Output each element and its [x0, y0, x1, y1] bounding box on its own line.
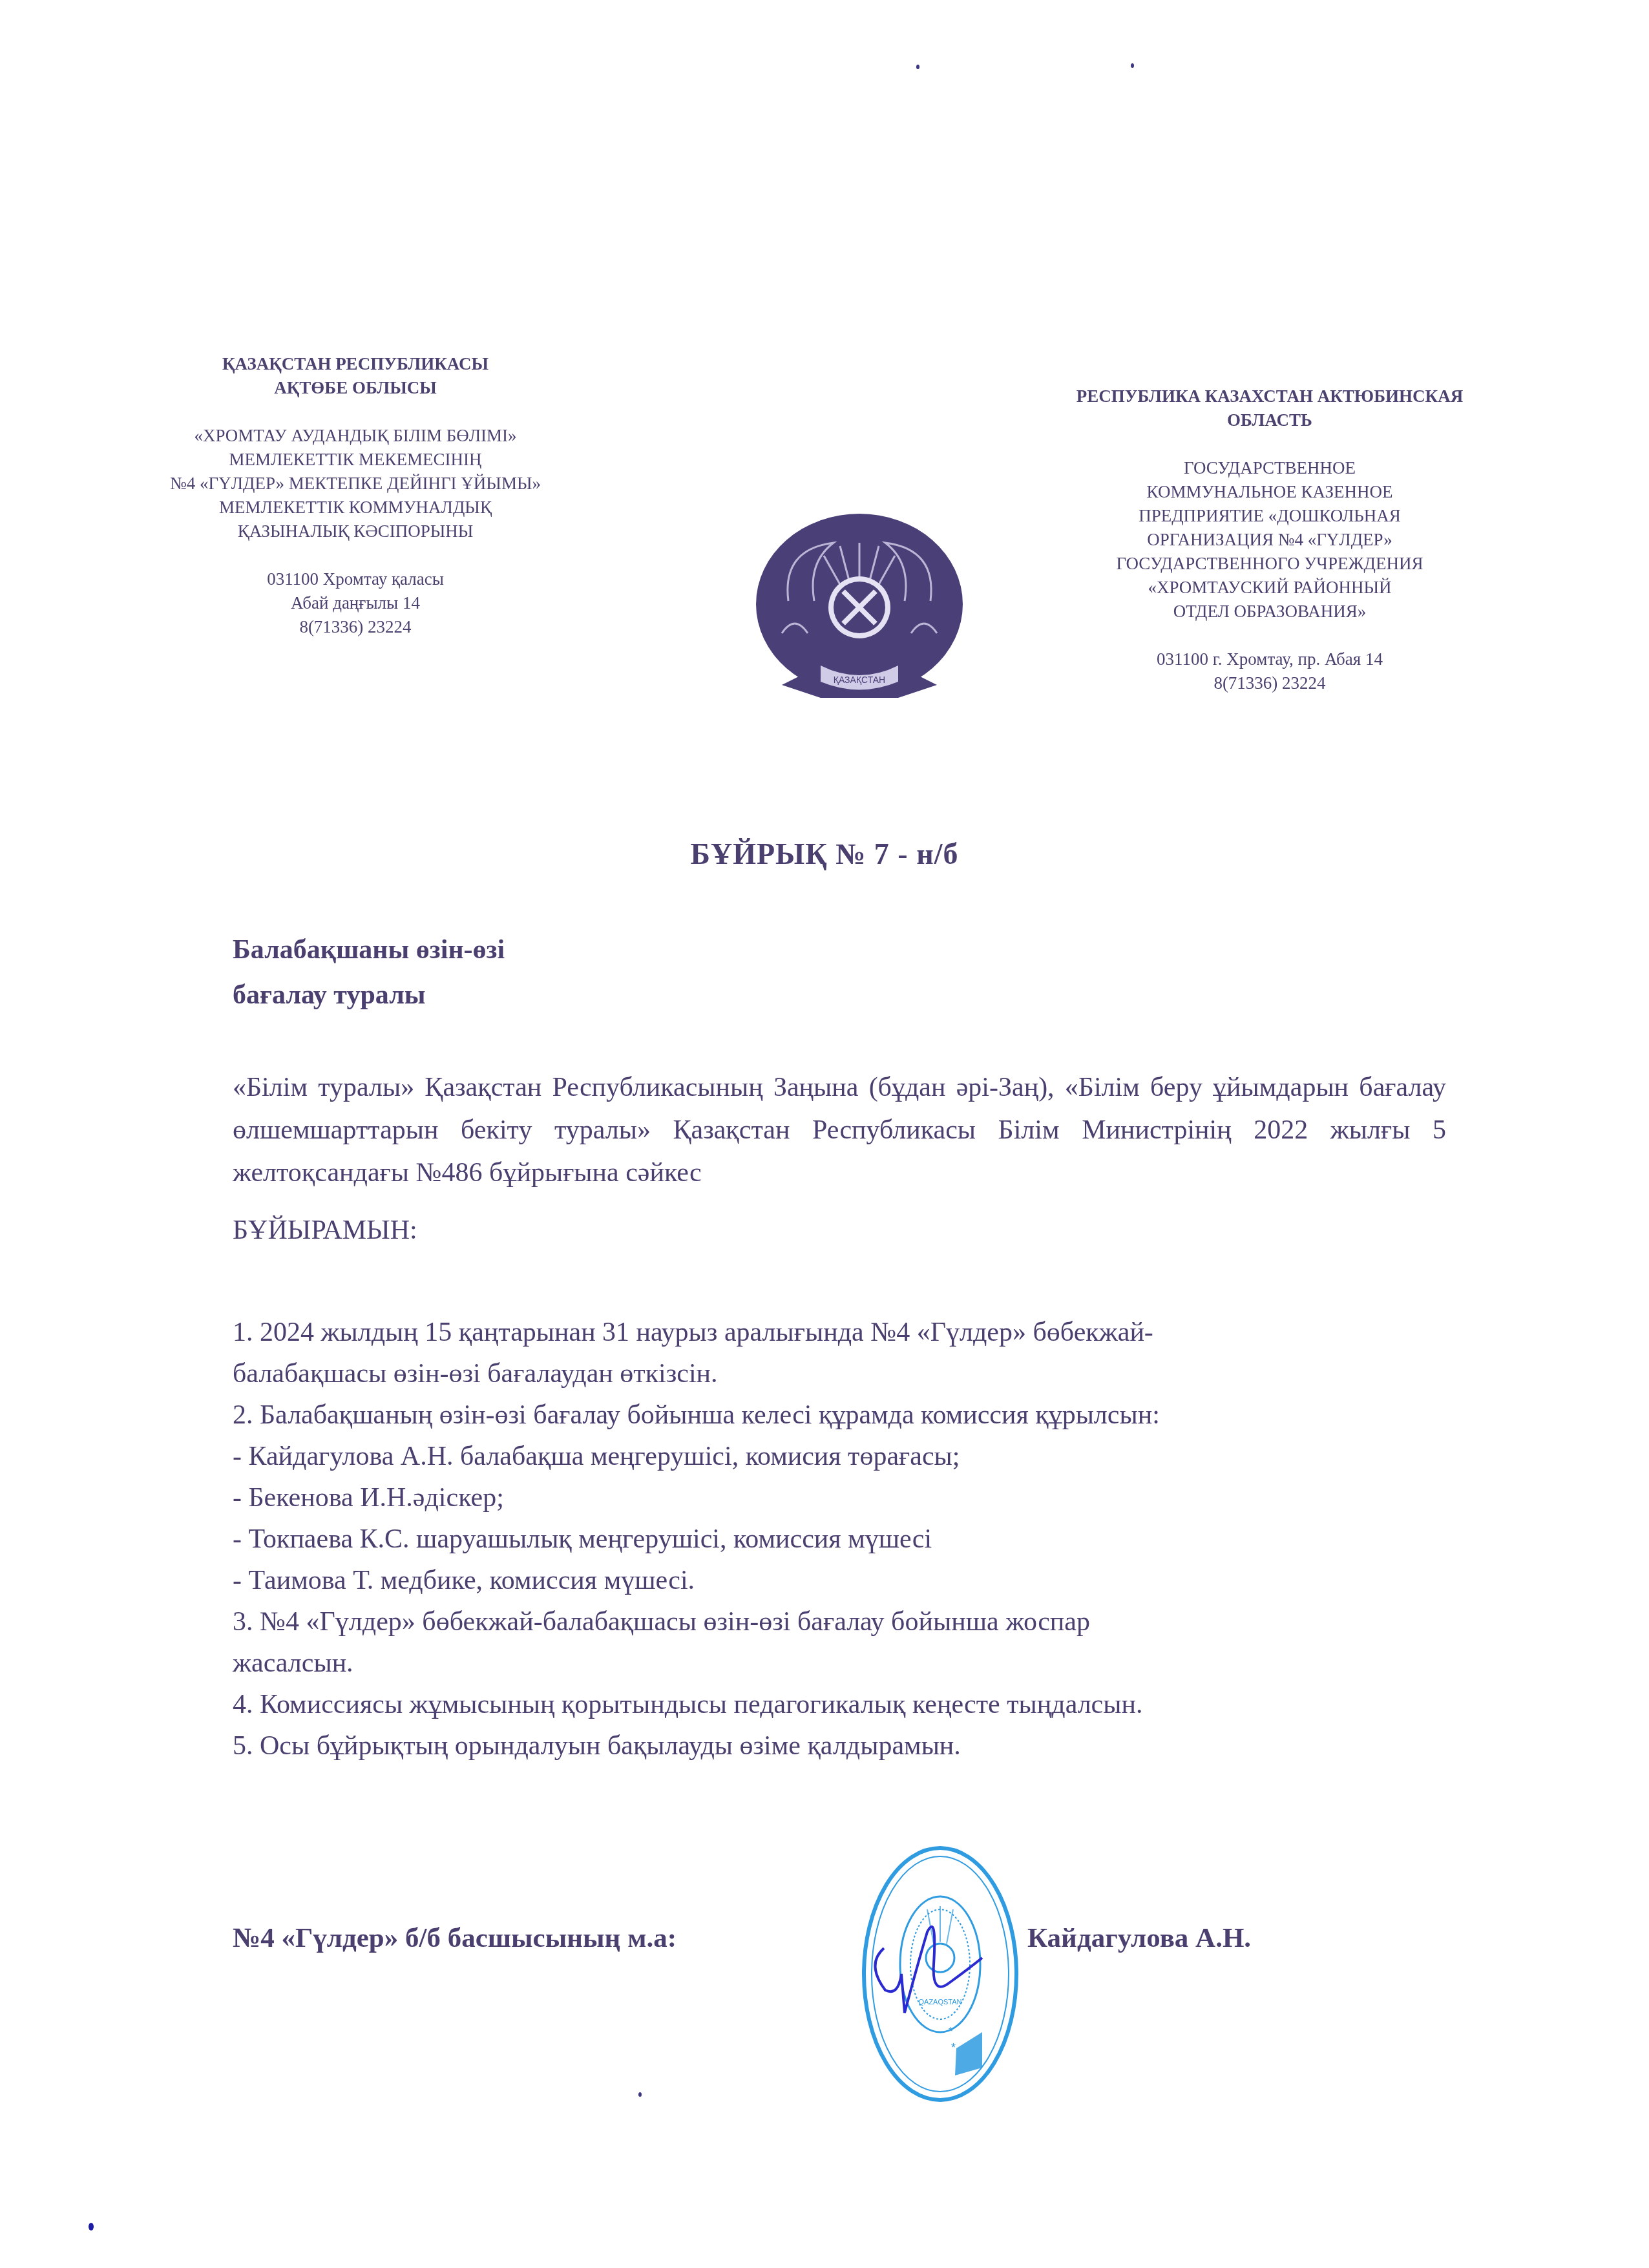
header-right-org-line: ОРГАНИЗАЦИЯ №4 «ГҮЛДЕР»	[995, 528, 1544, 552]
scan-speck	[1131, 63, 1134, 68]
scan-speck	[89, 2223, 94, 2231]
header-right-org-line: КОММУНАЛЬНОЕ КАЗЕННОЕ	[995, 480, 1544, 504]
order-item: 5. Осы бұйрықтың орындалуын бақылауды өз…	[233, 1725, 1460, 1767]
header-left-org-line: ҚАЗЫНАЛЫҚ КӘСІПОРЫНЫ	[129, 520, 582, 543]
header-left-country: ҚАЗАҚСТАН РЕСПУБЛИКАСЫ	[129, 352, 582, 376]
order-item: жасалсын.	[233, 1643, 1460, 1684]
order-subject-line: бағалау туралы	[233, 972, 505, 1018]
header-left-org-line: МЕМЛЕКЕТТІК КОММУНАЛДЫҚ	[129, 496, 582, 520]
svg-text:QAZAQSTAN: QAZAQSTAN	[918, 1999, 961, 2006]
commission-member: - Таимова Т. медбике, комиссия мүшесі.	[233, 1560, 1460, 1601]
order-item: 4. Комиссиясы жұмысының қорытындысы педа…	[233, 1684, 1460, 1725]
svg-text:*: *	[949, 2025, 953, 2038]
header-left-phone: 8(71336) 23224	[129, 615, 582, 639]
header-right-region: ОБЛАСТЬ	[995, 408, 1544, 432]
signatory-position: №4 «Гүлдер» б/б басшысының м.а:	[233, 1922, 677, 1954]
signatory-name: Кайдагулова А.Н.	[1027, 1922, 1251, 1954]
order-item: 2. Балабақшаның өзін-өзі бағалау бойынша…	[233, 1394, 1460, 1436]
header-left-org-line: МЕМЛЕКЕТТІК МЕКЕМЕСІНІҢ	[129, 448, 582, 472]
header-right-phone: 8(71336) 23224	[995, 671, 1544, 695]
commission-member: - Бекенова И.Н.әдіскер;	[233, 1477, 1460, 1518]
order-items-list: 1. 2024 жылдың 15 қаңтарынан 31 наурыз а…	[233, 1312, 1460, 1767]
order-item: 1. 2024 жылдың 15 қаңтарынан 31 наурыз а…	[233, 1312, 1460, 1353]
header-left-address: 031100 Хромтау қаласы	[129, 567, 582, 591]
header-right-org-line: ГОСУДАРСТВЕННОЕ	[995, 456, 1544, 480]
header-right-org-line: ГОСУДАРСТВЕННОГО УЧРЕЖДЕНИЯ	[995, 552, 1544, 576]
order-directive-heading: БҰЙЫРАМЫН:	[233, 1215, 417, 1246]
scan-speck	[638, 2092, 642, 2097]
header-left-org-line: «ХРОМТАУ АУДАНДЫҚ БІЛІМ БӨЛІМІ»	[129, 424, 582, 448]
header-right-org-line: «ХРОМТАУСКИЙ РАЙОННЫЙ	[995, 576, 1544, 600]
order-subject: Балабақшаны өзін-өзі бағалау туралы	[233, 927, 505, 1018]
official-seal-icon: * * QAZAQSTAN	[788, 1835, 1092, 2113]
header-right-russian: РЕСПУБЛИКА КАЗАХСТАН АКТЮБИНСКАЯ ОБЛАСТЬ…	[995, 384, 1544, 695]
header-right-org-line: ПРЕДПРИЯТИЕ «ДОШКОЛЬНАЯ	[995, 504, 1544, 528]
state-emblem-icon: ҚАЗАҚСТАН	[743, 504, 976, 717]
header-left-address: Абай даңғылы 14	[129, 591, 582, 615]
header-left-kazakh: ҚАЗАҚСТАН РЕСПУБЛИКАСЫ АҚТӨБЕ ОБЛЫСЫ «ХР…	[129, 352, 582, 639]
header-right-org-line: ОТДЕЛ ОБРАЗОВАНИЯ»	[995, 600, 1544, 624]
svg-text:ҚАЗАҚСТАН: ҚАЗАҚСТАН	[834, 675, 885, 685]
commission-member: - Токпаева К.С. шаруашылық меңгерушісі, …	[233, 1518, 1460, 1560]
order-item: 3. №4 «Гүлдер» бөбекжай-балабақшасы өзін…	[233, 1601, 1460, 1643]
commission-member: - Кайдагулова А.Н. балабақша меңгерушісі…	[233, 1436, 1460, 1477]
header-right-address: 031100 г. Хромтау, пр. Абая 14	[995, 647, 1544, 671]
header-left-region: АҚТӨБЕ ОБЛЫСЫ	[129, 376, 582, 400]
order-preamble: «Білім туралы» Қазақстан Республикасының…	[233, 1066, 1446, 1194]
scan-speck	[916, 65, 919, 69]
order-item: балабақшасы өзін-өзі бағалаудан өткізсін…	[233, 1353, 1460, 1394]
header-right-country: РЕСПУБЛИКА КАЗАХСТАН АКТЮБИНСКАЯ	[995, 384, 1544, 408]
svg-text:*: *	[951, 2041, 956, 2054]
header-left-org-line: №4 «ГҮЛДЕР» МЕКТЕПКЕ ДЕЙІНГІ ҰЙЫМЫ»	[129, 472, 582, 496]
order-subject-line: Балабақшаны өзін-өзі	[233, 927, 505, 972]
order-title: БҰЙРЫҚ № 7 - н/б	[0, 837, 1649, 871]
